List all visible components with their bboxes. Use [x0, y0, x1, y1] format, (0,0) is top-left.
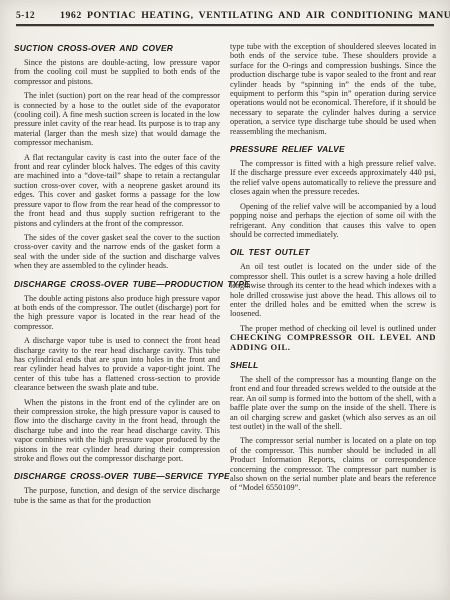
manual-page: 5-12 1962 PONTIAC HEATING, VENTILATING A…: [0, 0, 450, 600]
paragraph: Since the pistons are double-acting, low…: [14, 58, 220, 86]
paragraph: The compressor serial number is located …: [230, 436, 436, 492]
section-heading-oil-test-outlet: OIL TEST OUTLET: [230, 247, 436, 257]
paragraph-with-cross-reference: The proper method of checking oil level …: [230, 324, 436, 352]
paragraph: An oil test outlet is located on the und…: [230, 262, 436, 318]
section-heading-suction-cross-over: SUCTION CROSS-OVER AND COVER: [14, 43, 220, 53]
paragraph: Opening of the relief valve will be acco…: [230, 202, 436, 240]
section-heading-pressure-relief-valve: PRESSURE RELIEF VALVE: [230, 144, 436, 154]
left-column: SUCTION CROSS-OVER AND COVER Since the p…: [14, 42, 220, 510]
paragraph: The sides of the cover gasket seal the c…: [14, 233, 220, 271]
paragraph: The compressor is fitted with a high pre…: [230, 159, 436, 197]
paragraph: When the pistons in the front end of the…: [14, 398, 220, 464]
paragraph: The purpose, function, and design of the…: [14, 486, 220, 505]
running-header-title: 1962 PONTIAC HEATING, VENTILATING AND AI…: [60, 10, 450, 21]
text-columns: SUCTION CROSS-OVER AND COVER Since the p…: [0, 26, 450, 510]
section-heading-discharge-service: DISCHARGE CROSS-OVER TUBE—SERVICE TYPE: [14, 471, 220, 481]
right-column: type tube with the exception of shoulder…: [230, 42, 436, 510]
section-heading-shell: SHELL: [230, 360, 436, 370]
paragraph: A discharge vapor tube is used to connec…: [14, 336, 220, 392]
paragraph: The shell of the compressor has a mounti…: [230, 375, 436, 431]
page-header: 5-12 1962 PONTIAC HEATING, VENTILATING A…: [0, 0, 450, 21]
page-number: 5-12: [16, 11, 60, 21]
paragraph: The double acting pistons also produce h…: [14, 294, 220, 332]
section-heading-discharge-production: DISCHARGE CROSS-OVER TUBE—PRODUCTION TYP…: [14, 279, 220, 289]
cross-reference-text: CHECKING COMPRESSOR OIL LEVEL AND ADDING…: [230, 332, 436, 351]
paragraph-continuation: type tube with the exception of shoulder…: [230, 42, 436, 136]
paragraph: The inlet (suction) port on the rear hea…: [14, 91, 220, 147]
paragraph: A flat rectangular cavity is cast into t…: [14, 153, 220, 228]
